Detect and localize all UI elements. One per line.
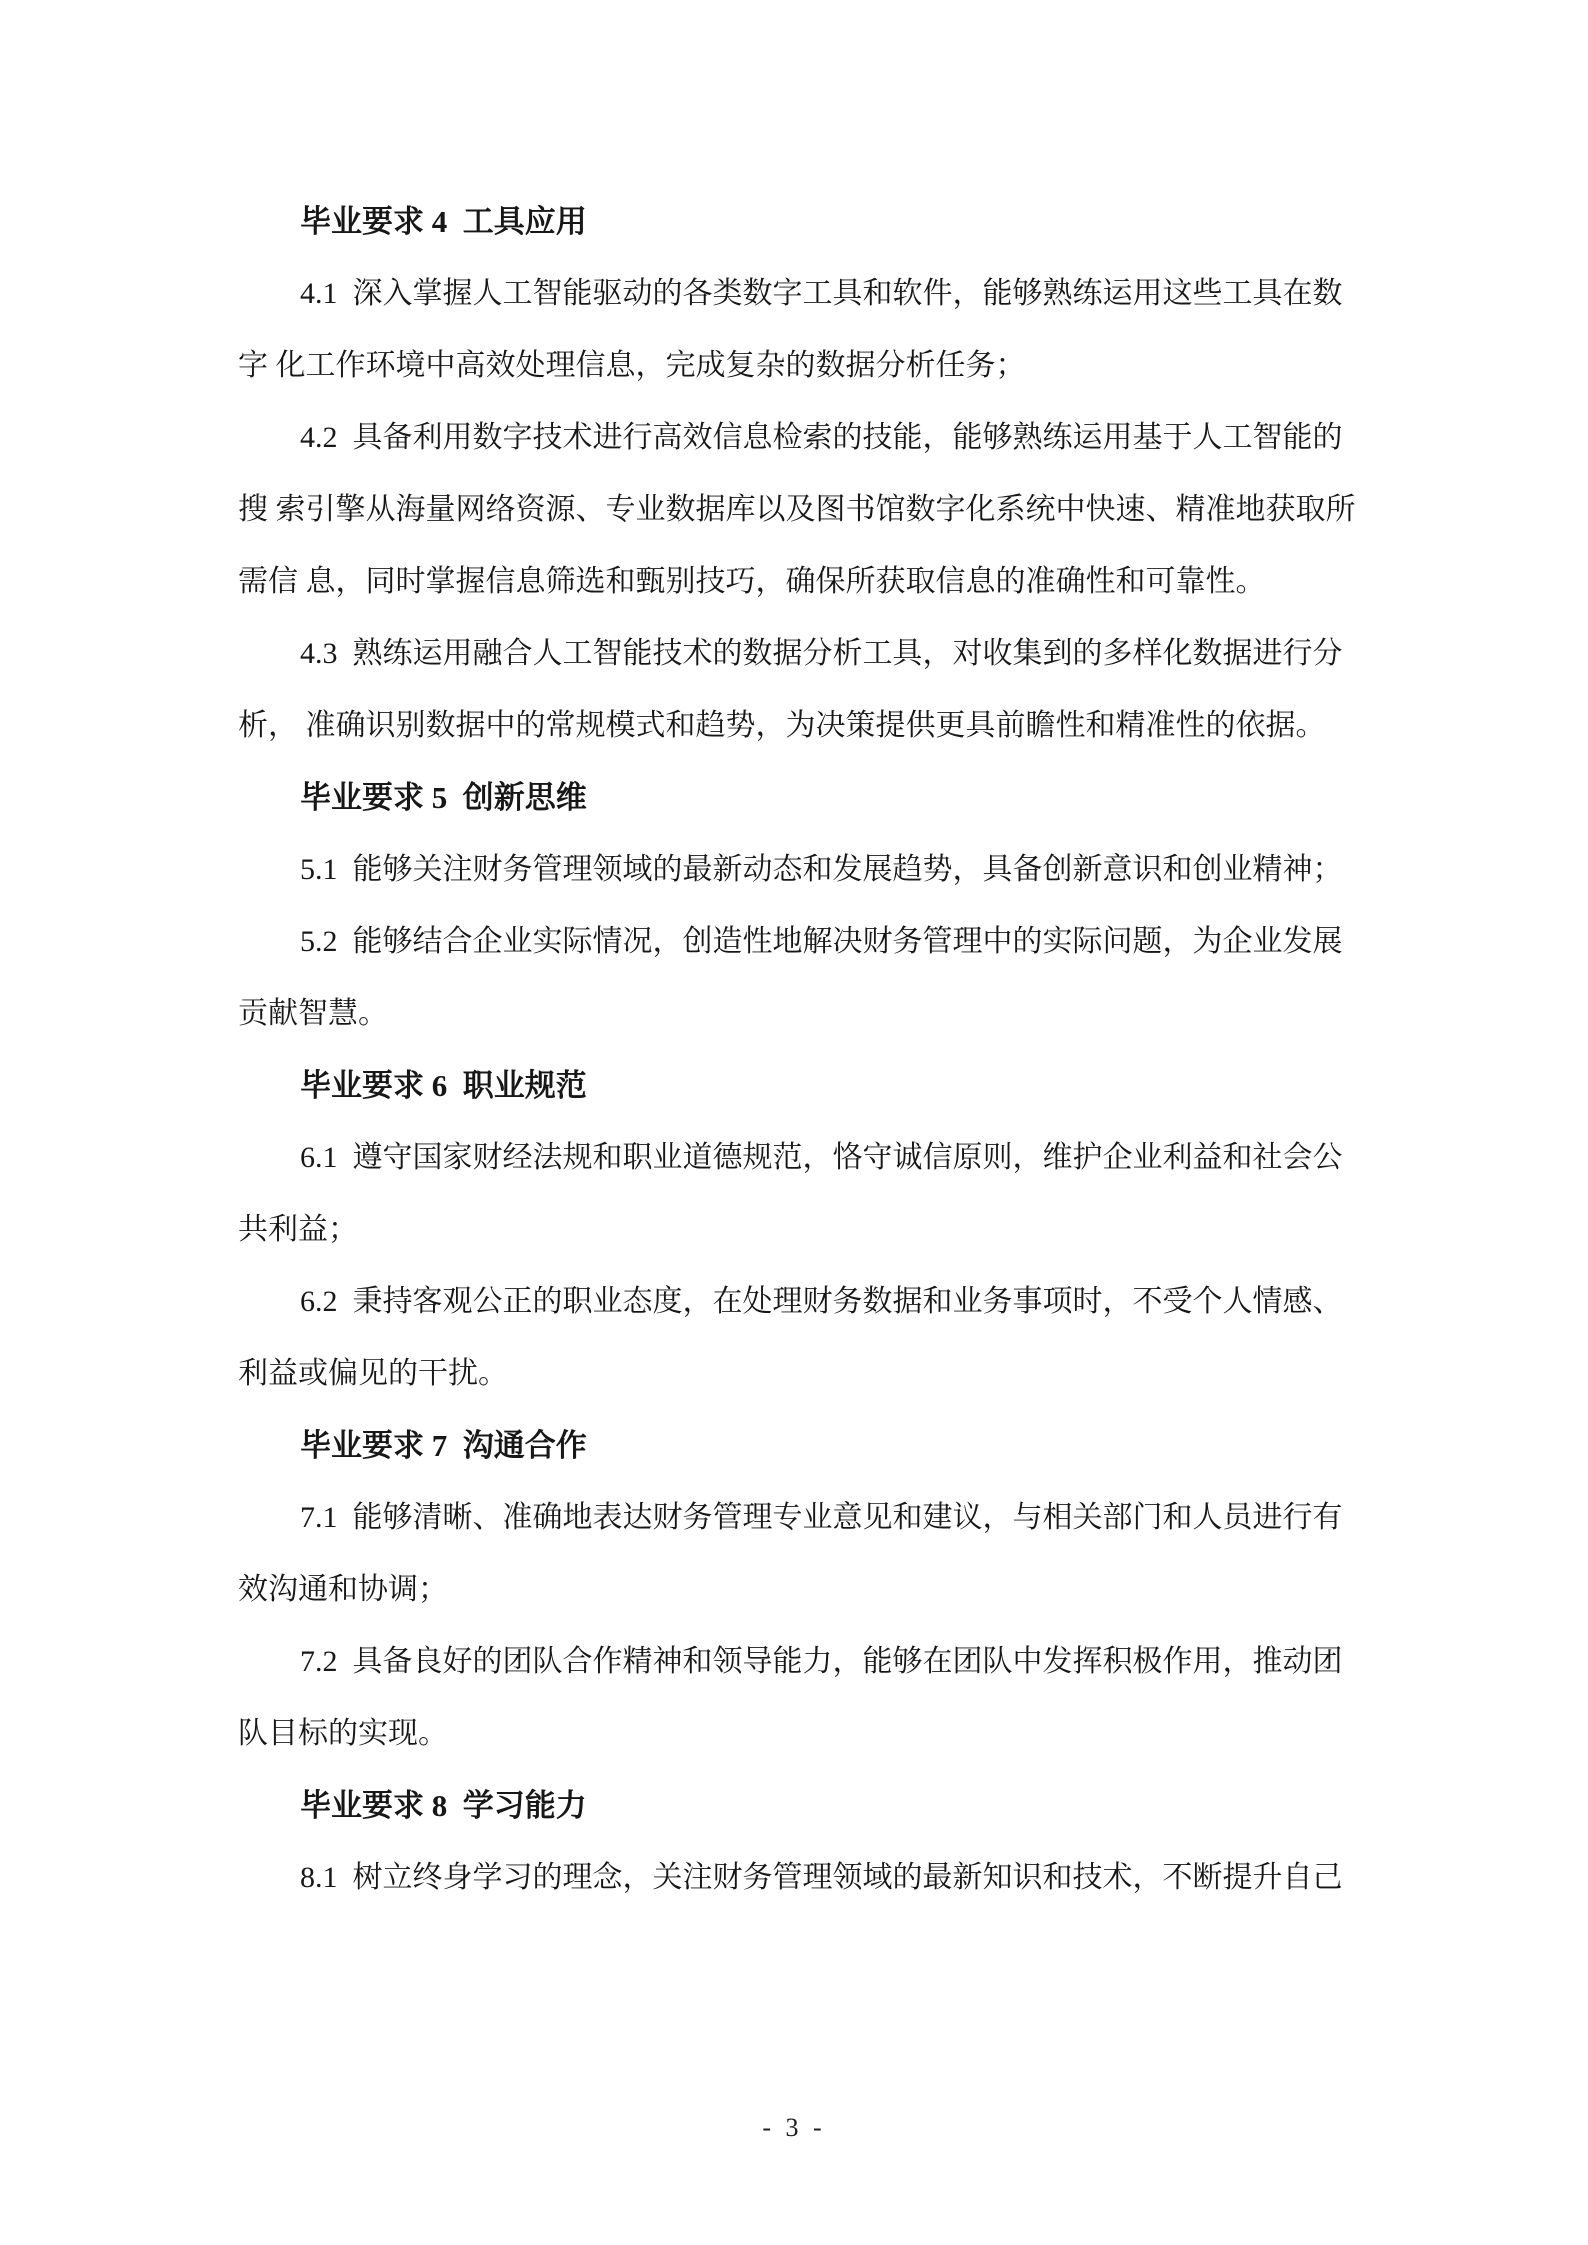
- text-line: 效沟通和协调；: [238, 1554, 1354, 1626]
- document-page: 毕业要求 4 工具应用4.1 深入掌握人工智能驱动的各类数字工具和软件，能够熟练…: [0, 0, 1588, 2245]
- text-line: 6.2 秉持客观公正的职业态度，在处理财务数据和业务事项时，不受个人情感、: [238, 1266, 1354, 1338]
- text-line: 6.1 遵守国家财经法规和职业道德规范，恪守诚信原则，维护企业利益和社会公: [238, 1122, 1354, 1194]
- section-requirement-7: 毕业要求 7 沟通合作7.1 能够清晰、准确地表达财务管理专业意见和建议，与相关…: [238, 1410, 1354, 1770]
- section-heading: 毕业要求 7 沟通合作: [238, 1410, 1354, 1482]
- paragraph-4-2: 4.2 具备利用数字技术进行高效信息检索的技能，能够熟练运用基于人工智能的搜 索…: [238, 402, 1354, 618]
- paragraph-5-1: 5.1 能够关注财务管理领域的最新动态和发展趋势，具备创新意识和创业精神；: [238, 834, 1354, 906]
- text-line: 5.2 能够结合企业实际情况，创造性地解决财务管理中的实际问题，为企业发展: [238, 906, 1354, 978]
- text-line: 字 化工作环境中高效处理信息，完成复杂的数据分析任务；: [238, 330, 1354, 402]
- page-number: - 3 -: [762, 2113, 825, 2142]
- paragraph-4-1: 4.1 深入掌握人工智能驱动的各类数字工具和软件，能够熟练运用这些工具在数字 化…: [238, 258, 1354, 402]
- paragraph-4-3: 4.3 熟练运用融合人工智能技术的数据分析工具，对收集到的多样化数据进行分析， …: [238, 618, 1354, 762]
- text-line: 队目标的实现。: [238, 1698, 1354, 1770]
- text-line: 5.1 能够关注财务管理领域的最新动态和发展趋势，具备创新意识和创业精神；: [238, 834, 1354, 906]
- text-line: 贡献智慧。: [238, 978, 1354, 1050]
- section-heading: 毕业要求 4 工具应用: [238, 186, 1354, 258]
- text-line: 8.1 树立终身学习的理念，关注财务管理领域的最新知识和技术，不断提升自己: [238, 1842, 1354, 1914]
- text-line: 需信 息，同时掌握信息筛选和甄别技巧，确保所获取信息的准确性和可靠性。: [238, 546, 1354, 618]
- paragraph-8-1: 8.1 树立终身学习的理念，关注财务管理领域的最新知识和技术，不断提升自己: [238, 1842, 1354, 1914]
- section-requirement-6: 毕业要求 6 职业规范6.1 遵守国家财经法规和职业道德规范，恪守诚信原则，维护…: [238, 1050, 1354, 1410]
- section-heading: 毕业要求 8 学习能力: [238, 1770, 1354, 1842]
- paragraph-6-1: 6.1 遵守国家财经法规和职业道德规范，恪守诚信原则，维护企业利益和社会公共利益…: [238, 1122, 1354, 1266]
- section-requirement-8: 毕业要求 8 学习能力8.1 树立终身学习的理念，关注财务管理领域的最新知识和技…: [238, 1770, 1354, 1914]
- text-line: 搜 索引擎从海量网络资源、专业数据库以及图书馆数字化系统中快速、精准地获取所: [238, 474, 1354, 546]
- text-line: 析， 准确识别数据中的常规模式和趋势，为决策提供更具前瞻性和精准性的依据。: [238, 690, 1354, 762]
- text-line: 共利益；: [238, 1194, 1354, 1266]
- text-line: 4.1 深入掌握人工智能驱动的各类数字工具和软件，能够熟练运用这些工具在数: [238, 258, 1354, 330]
- text-line: 4.3 熟练运用融合人工智能技术的数据分析工具，对收集到的多样化数据进行分: [238, 618, 1354, 690]
- section-heading: 毕业要求 6 职业规范: [238, 1050, 1354, 1122]
- section-requirement-5: 毕业要求 5 创新思维5.1 能够关注财务管理领域的最新动态和发展趋势，具备创新…: [238, 762, 1354, 1050]
- paragraph-7-1: 7.1 能够清晰、准确地表达财务管理专业意见和建议，与相关部门和人员进行有效沟通…: [238, 1482, 1354, 1626]
- text-line: 利益或偏见的干扰。: [238, 1338, 1354, 1410]
- paragraph-7-2: 7.2 具备良好的团队合作精神和领导能力，能够在团队中发挥积极作用，推动团队目标…: [238, 1626, 1354, 1770]
- text-line: 7.1 能够清晰、准确地表达财务管理专业意见和建议，与相关部门和人员进行有: [238, 1482, 1354, 1554]
- text-line: 7.2 具备良好的团队合作精神和领导能力，能够在团队中发挥积极作用，推动团: [238, 1626, 1354, 1698]
- section-requirement-4: 毕业要求 4 工具应用4.1 深入掌握人工智能驱动的各类数字工具和软件，能够熟练…: [238, 186, 1354, 762]
- page-footer: - 3 -: [0, 2108, 1588, 2148]
- document-body: 毕业要求 4 工具应用4.1 深入掌握人工智能驱动的各类数字工具和软件，能够熟练…: [238, 186, 1354, 1914]
- paragraph-5-2: 5.2 能够结合企业实际情况，创造性地解决财务管理中的实际问题，为企业发展贡献智…: [238, 906, 1354, 1050]
- section-heading: 毕业要求 5 创新思维: [238, 762, 1354, 834]
- paragraph-6-2: 6.2 秉持客观公正的职业态度，在处理财务数据和业务事项时，不受个人情感、利益或…: [238, 1266, 1354, 1410]
- text-line: 4.2 具备利用数字技术进行高效信息检索的技能，能够熟练运用基于人工智能的: [238, 402, 1354, 474]
